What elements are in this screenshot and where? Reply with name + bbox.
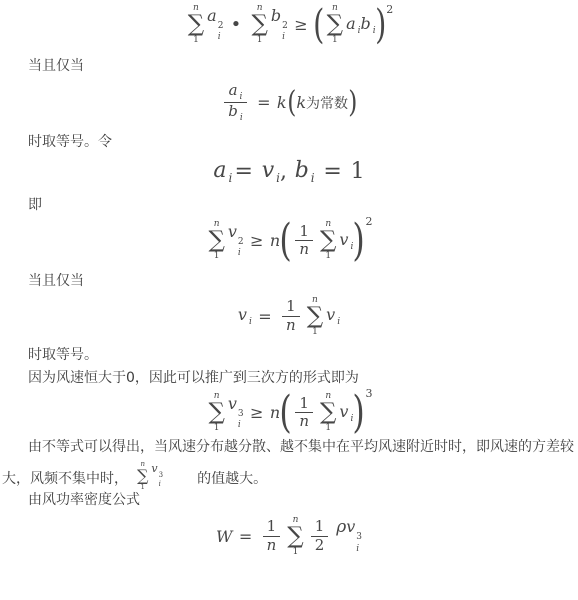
conclusion-suffix: 的值越大。 [197,470,267,489]
conclusion-prefix: 大，风频不集中时， [2,470,128,489]
formula-equality-condition: vi = 1 n n ∑ 1 vi [0,296,578,337]
term-v-i: vi [339,230,353,252]
term-b-i: bi [295,158,315,185]
sigma-icon: ∑ [327,13,343,36]
term-v-i-squared: v2i [228,222,244,260]
text-power-density-intro: 由风功率密度公式 [28,491,578,510]
variable-b: b [228,102,238,120]
variable-a: a [229,81,238,99]
denominator: n [295,240,313,258]
term-v-i-cubed: v3i [228,394,244,432]
summation: n ∑ 1 [208,392,224,433]
sigma-icon: ∑ [307,305,323,328]
numerator: 1 [263,518,281,535]
geq-operator: ≥ [250,403,263,422]
sum-lower-limit: 1 [325,424,331,433]
sum-lower-limit: 1 [140,484,144,491]
fraction-1-n: 1 n [282,298,300,334]
numerator: 1 [311,518,329,535]
subscript-i: i [311,171,315,185]
term-a-i-squared: a2i [207,6,223,44]
term-v-i: vi [326,305,340,327]
parenthesized-sum: ( n ∑ 1 aibi ) 2 [314,4,393,45]
sum-lower-limit: 1 [257,36,263,45]
term-rho-v-i-cubed: ρv3i [336,517,362,555]
subscript-i: i [159,480,161,489]
subsup: 2i [238,237,244,260]
parenthesized-mean: ( 1 n n ∑ 1 vi ) 3 [280,391,372,435]
numerator: 1 [295,223,313,240]
text-iff-2: 当且仅当 [28,272,578,291]
variable-v: v [346,517,355,536]
subsup: 3i [159,471,163,489]
sum-lower-limit: 1 [332,36,338,45]
summation: n ∑ 1 [137,461,148,491]
summation: n ∑ 1 [208,220,224,261]
parenthesized-mean: ( 1 n n ∑ 1 vi ) 2 [280,219,372,263]
variable-v: v [228,394,237,413]
term-a-i-b-i: aibi [346,14,376,36]
summation: n ∑ 1 [320,220,336,261]
parenthesized-note: ( k 为常数 ) [287,88,358,118]
geq-operator: ≥ [250,231,263,250]
equals-operator: = [239,527,252,546]
text-cube-reason: 因为风速恒大于0，因此可以推广到三次方的形式即为 [28,369,578,388]
subscript-i: i [240,113,243,123]
variable-v: v [339,402,348,421]
left-paren: ( [313,5,324,45]
sum-lower-limit: 1 [325,252,331,261]
variable-W: W [216,527,232,546]
summation: n ∑ 1 [320,392,336,433]
right-paren: ) [348,88,357,118]
numerator: 1 [282,298,300,315]
variable-v: v [228,222,237,241]
equals-operator: = [234,159,252,184]
sigma-icon: ∑ [251,13,267,36]
geq-operator: ≥ [294,15,307,34]
summation: n ∑ 1 [188,4,204,45]
subscript-i: i [228,171,232,185]
variable-k: k [296,93,306,112]
left-paren: ( [280,219,292,263]
denominator: n [295,412,313,430]
formula-cubed-inequality: n ∑ 1 v3i ≥ n ( 1 n n ∑ 1 vi ) 3 [0,391,578,435]
denominator: n [263,536,281,554]
variable-b: b [361,14,371,33]
formula-ratio-condition: ai bi = k ( k 为常数 ) [0,82,578,124]
text-conclusion-line1: 由不等式可以得出，当风速分布越分散、越不集中在平均风速附近时时，即风速的方差较 [28,438,578,457]
number-one: 1 [351,159,365,184]
subscript-i: i [337,317,340,327]
summation: n ∑ 1 [287,516,303,557]
formula-substitution: ai = vi , bi = 1 [0,158,578,185]
document-page: n ∑ 1 a2i • n ∑ 1 b2i ≥ ( n ∑ 1 aibi ) 2… [0,0,578,600]
subscript-i: i [356,544,359,555]
text-conclusion-line2: 大，风频不集中时， n ∑ 1 v3i 的值越大。 [2,459,578,489]
fraction-1-n: 1 n [295,395,313,431]
sum-lower-limit: 1 [193,36,199,45]
rho-symbol: ρ [336,517,346,537]
subscript-i: i [218,32,221,43]
subsup: 2i [282,21,288,44]
superscript-2: 2 [282,21,288,32]
subscript-i: i [249,317,252,327]
text-iff-1: 当且仅当 [28,57,578,76]
subscript-i: i [238,420,241,431]
k-constant-note: 为常数 [306,93,348,113]
variable-b: b [271,6,281,25]
superscript-3: 3 [356,532,362,543]
summation: n ∑ 1 [307,296,323,337]
summation: n ∑ 1 [327,4,343,45]
superscript-3: 3 [238,409,244,420]
fraction-1-n: 1 n [295,223,313,259]
text-take-equality-let: 时取等号。令 [28,133,578,152]
equals-operator: = [258,307,271,326]
subsup: 2i [218,21,224,44]
bullet-operator: • [231,14,242,35]
sum-lower-limit: 1 [312,328,318,337]
sum-lower-limit: 1 [214,424,220,433]
equals-operator: = [257,93,270,112]
term-b-i-squared: b2i [271,6,288,44]
denominator: bi [224,102,247,123]
superscript-3: 3 [366,387,373,400]
variable-a: a [346,14,356,33]
left-paren: ( [280,391,292,435]
fraction-1-n: 1 n [263,518,281,554]
text-namely: 即 [28,196,578,215]
sum-lower-limit: 1 [214,252,220,261]
term-v-i: vi [262,158,280,185]
subsup: 3i [356,532,362,555]
variable-v: v [238,305,247,324]
variable-v: v [326,305,335,324]
inline-sum-v-cubed: n ∑ 1 v3i [134,461,163,491]
formula-cauchy-schwarz: n ∑ 1 a2i • n ∑ 1 b2i ≥ ( n ∑ 1 aibi ) 2 [0,4,578,45]
superscript-2: 2 [386,3,393,16]
formula-squared-inequality: n ∑ 1 v2i ≥ n ( 1 n n ∑ 1 vi ) 2 [0,219,578,263]
comma-separator: , [280,159,287,184]
sigma-icon: ∑ [320,229,336,252]
variable-a: a [207,6,217,25]
variable-a: a [213,158,226,183]
sigma-icon: ∑ [320,401,336,424]
variable-b: b [295,158,309,183]
sigma-icon: ∑ [208,401,224,424]
denominator: 2 [311,536,329,554]
sum-lower-limit: 1 [293,548,299,557]
variable-k: k [277,93,287,112]
superscript-2: 2 [238,237,244,248]
superscript-2: 2 [366,215,373,228]
variable-v: v [339,230,348,249]
subscript-i: i [238,248,241,259]
sigma-icon: ∑ [208,229,224,252]
right-paren: ) [353,219,365,263]
text-take-equality: 时取等号。 [28,346,578,365]
variable-v: v [151,462,157,475]
subscript-i: i [240,92,243,102]
variable-v: v [262,158,274,183]
right-paren: ) [353,391,365,435]
formula-wind-power-density: W = 1 n n ∑ 1 1 2 ρv3i [0,516,578,557]
subscript-i: i [282,32,285,43]
superscript-2: 2 [218,21,224,32]
equals-operator: = [323,159,341,184]
term-a-i: ai [213,158,232,185]
right-paren: ) [375,5,386,45]
denominator: n [282,316,300,334]
sigma-icon: ∑ [188,13,204,36]
summation: n ∑ 1 [251,4,267,45]
left-paren: ( [287,88,296,118]
term-v-i: vi [339,402,353,424]
sigma-icon: ∑ [287,525,303,548]
term-v-i: vi [238,305,252,327]
fraction-ai-bi: ai bi [224,82,247,124]
superscript-3: 3 [159,471,163,480]
numerator: 1 [295,395,313,412]
fraction-1-2: 1 2 [311,518,329,554]
subsup: 3i [238,409,244,432]
term-v-i-cubed: v3i [151,462,163,489]
sigma-icon: ∑ [137,468,148,484]
numerator: ai [225,82,247,102]
